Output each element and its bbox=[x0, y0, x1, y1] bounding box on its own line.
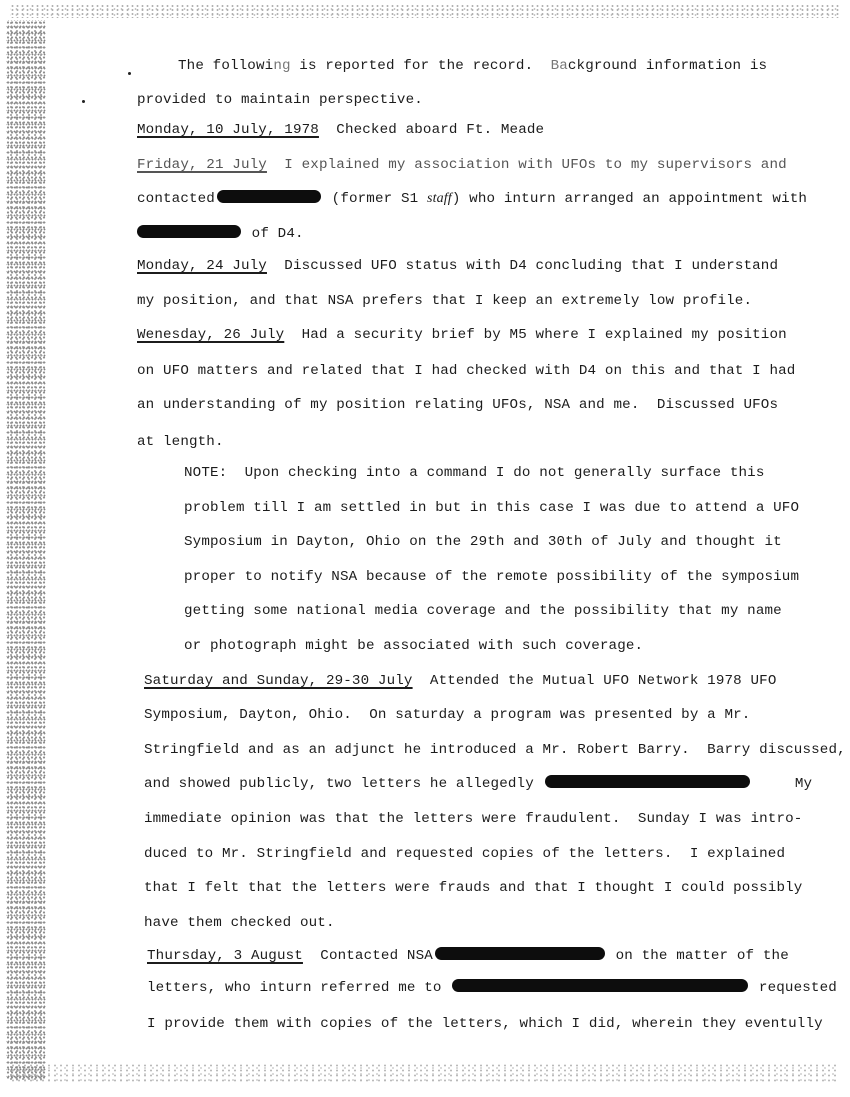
text-line: duced to Mr. Stringfield and requested c… bbox=[144, 845, 785, 863]
entry-date: Monday, 24 July bbox=[137, 258, 267, 274]
entry-date: Monday, 10 July, 1978 bbox=[137, 122, 319, 138]
text-line: my position, and that NSA prefers that I… bbox=[137, 292, 752, 310]
text-line: that I felt that the letters were frauds… bbox=[144, 879, 802, 897]
note-line: getting some national media coverage and… bbox=[184, 602, 782, 620]
handwritten-annotation: staff bbox=[427, 191, 452, 206]
text-line: an understanding of my position relating… bbox=[137, 396, 778, 414]
showed-line: and showed publicly, two letters he alle… bbox=[144, 775, 812, 793]
entry-friday-21-july: Friday, 21 July I explained my associati… bbox=[137, 156, 787, 174]
text-line: on UFO matters and related that I had ch… bbox=[137, 362, 795, 380]
scan-noise-top bbox=[10, 4, 840, 18]
entry-saturday-sunday-29-30-july: Saturday and Sunday, 29-30 July Attended… bbox=[144, 672, 776, 690]
text-line: at length. bbox=[137, 433, 224, 451]
contacted-line: contacted (former S1 staff) who inturn a… bbox=[137, 190, 807, 208]
note-line: proper to notify NSA because of the remo… bbox=[184, 568, 799, 586]
stray-mark bbox=[82, 100, 85, 103]
entry-monday-24-july: Monday, 24 July Discussed UFO status wit… bbox=[137, 257, 778, 275]
redaction-bar bbox=[217, 190, 321, 203]
entry-date: Wenesday, 26 July bbox=[137, 327, 284, 343]
text-line: immediate opinion was that the letters w… bbox=[144, 810, 802, 828]
text-line: Stringfield and as an adjunct he introdu… bbox=[144, 741, 846, 759]
text-line: have them checked out. bbox=[144, 914, 335, 932]
redaction-bar bbox=[435, 947, 605, 960]
entry-thursday-3-august: Thursday, 3 August Contacted NSA on the … bbox=[147, 947, 789, 965]
redaction-bar bbox=[545, 775, 750, 788]
entry-date: Saturday and Sunday, 29-30 July bbox=[144, 673, 413, 689]
entry-date: Thursday, 3 August bbox=[147, 948, 303, 964]
entry-wednesday-26-july: Wenesday, 26 July Had a security brief b… bbox=[137, 326, 787, 344]
redaction-bar bbox=[137, 225, 241, 238]
scanned-document-page: The following is reported for the record… bbox=[0, 0, 850, 1097]
stray-mark bbox=[128, 72, 131, 75]
intro-line-1: The following is reported for the record… bbox=[178, 57, 767, 75]
note-line: Symposium in Dayton, Ohio on the 29th an… bbox=[184, 533, 782, 551]
text-line: I provide them with copies of the letter… bbox=[147, 1015, 823, 1033]
redaction-bar bbox=[452, 979, 748, 992]
of-d4-line: of D4. bbox=[137, 225, 304, 243]
text-line: Symposium, Dayton, Ohio. On saturday a p… bbox=[144, 706, 750, 724]
entry-date: Friday, 21 July bbox=[137, 157, 267, 173]
note-line: problem till I am settled in but in this… bbox=[184, 499, 799, 517]
letters-line: letters, who inturn referred me to reque… bbox=[147, 979, 837, 997]
scan-noise-bottom bbox=[10, 1063, 840, 1083]
intro-line-2: provided to maintain perspective. bbox=[137, 91, 423, 109]
scan-noise-left-margin bbox=[6, 20, 46, 1080]
note-line: NOTE: Upon checking into a command I do … bbox=[184, 464, 764, 482]
entry-monday-10-july: Monday, 10 July, 1978 Checked aboard Ft.… bbox=[137, 121, 544, 139]
note-line: or photograph might be associated with s… bbox=[184, 637, 643, 655]
